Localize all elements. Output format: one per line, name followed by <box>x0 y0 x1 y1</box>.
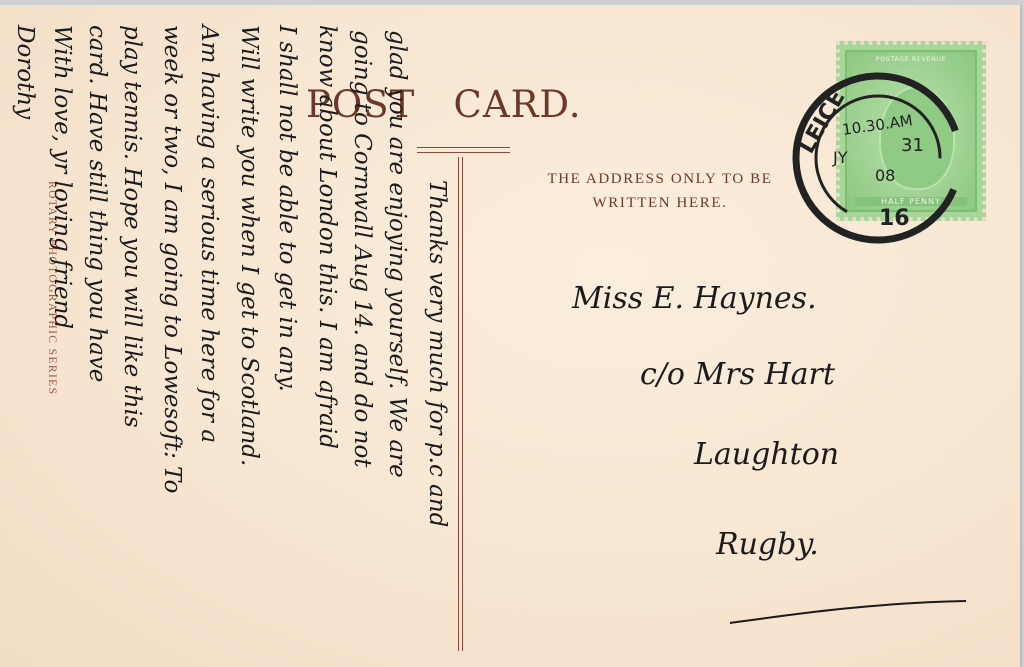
center-divider-line <box>458 157 463 651</box>
address-line-name: Miss E. Haynes. <box>572 281 817 316</box>
message-line: week or two, I am going to Lowesoft: To <box>159 25 185 493</box>
message-line: With love, yr loving friend <box>49 25 75 329</box>
title-underline <box>417 147 510 153</box>
message-line: I shall not be able to get in any. <box>274 25 300 392</box>
address-underline-stroke <box>728 597 968 627</box>
message-line: Thanks very much for p.c and <box>424 180 450 527</box>
message-line: going to Cornwall Aug 14. and do not <box>349 30 375 468</box>
message-line: Am having a serious time here for a <box>196 25 222 443</box>
address-instruction-line2: WRITTEN HERE. <box>500 191 820 215</box>
address-instruction: THE ADDRESS ONLY TO BE WRITTEN HERE. <box>500 167 820 215</box>
message-signature: Dorothy <box>12 25 38 119</box>
postmark-cancel-icon: LEICE 10.30.AM JY 31 08 16 <box>783 63 973 253</box>
address-line-care-of: c/o Mrs Hart <box>640 357 835 392</box>
message-line: know about London this. I am afraid <box>314 25 340 449</box>
address-instruction-line1: THE ADDRESS ONLY TO BE <box>500 167 820 191</box>
postmark-day: 31 <box>901 135 924 156</box>
address-line-city: Rugby. <box>716 527 819 562</box>
message-line: Will write you when I get to Scotland. <box>236 25 262 466</box>
postcard-back: POST CARD. THE ADDRESS ONLY TO BE WRITTE… <box>0 5 1020 667</box>
post-card-title: POST CARD. <box>306 83 582 126</box>
postmark-year: 08 <box>875 166 895 185</box>
postmark-month: JY <box>832 148 848 167</box>
message-line: glad you are enjoying yourself. We are <box>384 30 410 478</box>
stamp-top-text: POSTAGE REVENUE <box>847 55 975 63</box>
postmark-code: 16 <box>879 206 910 231</box>
message-line: play tennis. Hope you will like this <box>119 25 145 428</box>
address-line-town: Laughton <box>694 437 839 472</box>
message-line: card. Have still thing you have <box>84 25 110 382</box>
